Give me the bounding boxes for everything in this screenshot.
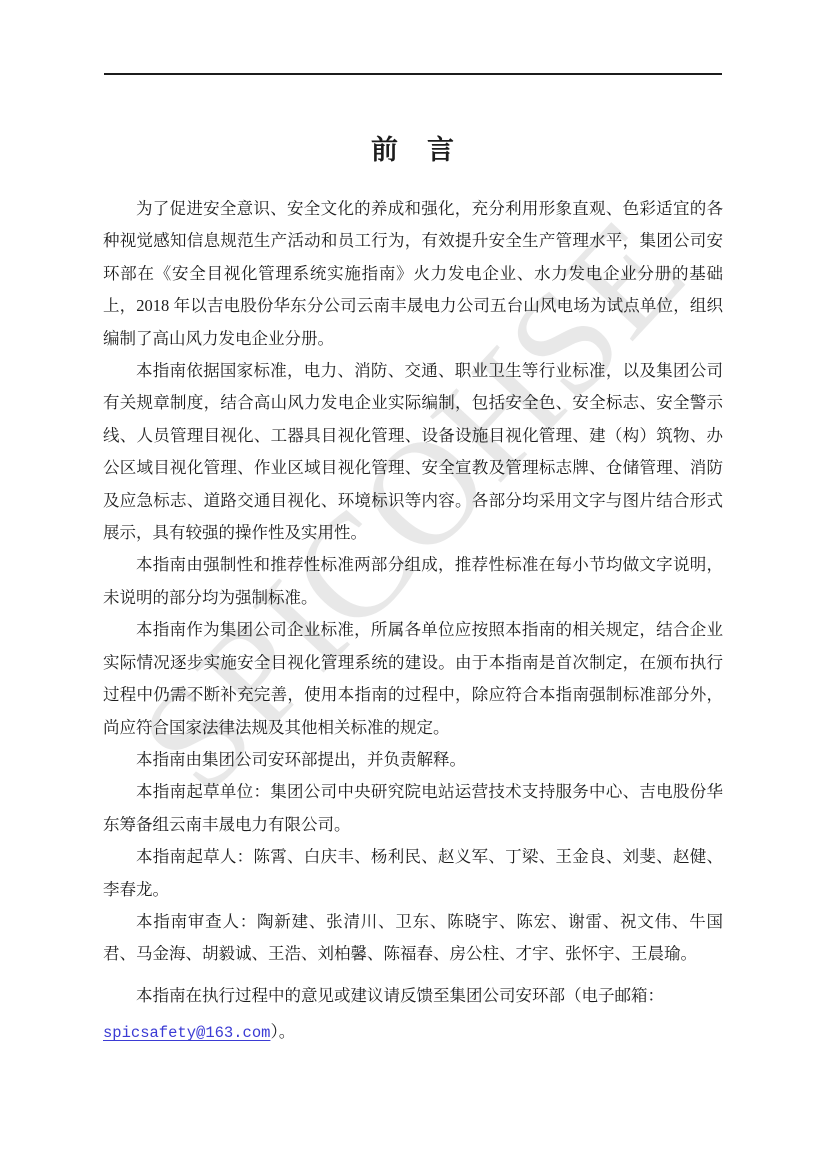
paragraph-standard-types: 本指南由强制性和推荐性标准两部分组成，推荐性标准在每小节均做文字说明，未说明的部…	[103, 549, 723, 614]
paragraph-intro: 为了促进安全意识、安全文化的养成和强化，充分利用形象直观、色彩适宜的各种视觉感知…	[103, 193, 723, 355]
paragraph-issuer: 本指南由集团公司安环部提出，并负责解释。	[103, 744, 723, 776]
paragraph-scope: 本指南依据国家标准，电力、消防、交通、职业卫生等行业标准，以及集团公司有关规章制…	[103, 355, 723, 549]
paragraph-drafting-units: 本指南起草单位：集团公司中央研究院电站运营技术支持服务中心、吉电股份华东筹备组云…	[103, 776, 723, 841]
email-link[interactable]: spicsafety@163.com	[103, 1024, 270, 1042]
feedback-text-after: ）。	[270, 1022, 295, 1041]
paragraph-implementation: 本指南作为集团公司企业标准，所属各单位应按照本指南的相关规定，结合企业实际情况逐…	[103, 614, 723, 744]
page-content: 前 言 为了促进安全意识、安全文化的养成和强化，充分利用形象直观、色彩适宜的各种…	[103, 128, 723, 1051]
paragraph-feedback: 本指南在执行过程中的意见或建议请反馈至集团公司安环部（电子邮箱：spicsafe…	[103, 978, 723, 1051]
header-rule	[104, 73, 722, 75]
document-page: SPICOHSE 前 言 为了促进安全意识、安全文化的养成和强化，充分利用形象直…	[0, 0, 826, 1169]
feedback-text-before: 本指南在执行过程中的意见或建议请反馈至集团公司安环部（电子邮箱：	[136, 986, 664, 1005]
paragraph-drafters: 本指南起草人：陈霄、白庆丰、杨利民、赵义军、丁梁、王金良、刘斐、赵健、李春龙。	[103, 841, 723, 906]
page-title: 前 言	[103, 128, 723, 167]
paragraph-reviewers: 本指南审查人：陶新建、张清川、卫东、陈晓宇、陈宏、谢雷、祝文伟、牛国君、马金海、…	[103, 906, 723, 971]
